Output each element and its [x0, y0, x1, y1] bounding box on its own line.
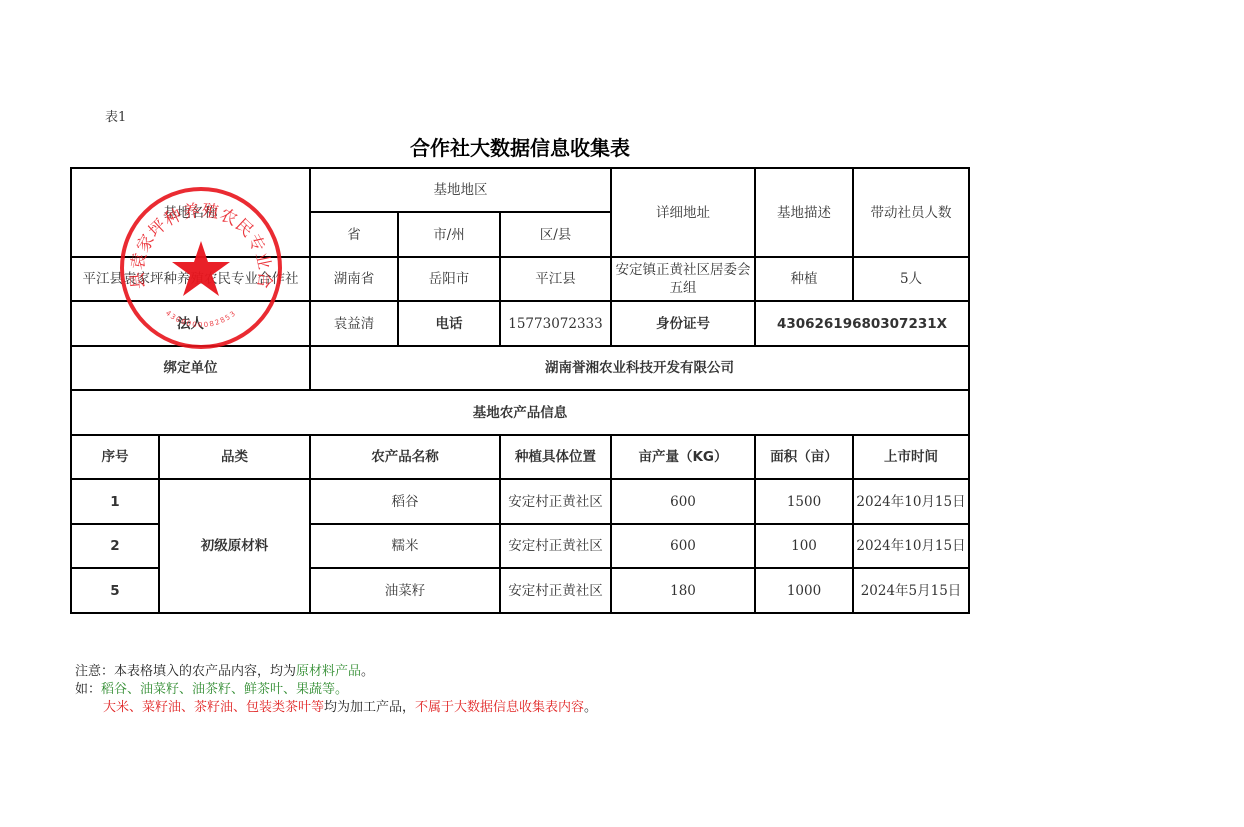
- id-value: 43062619680307231X: [755, 301, 969, 346]
- legal-label: 法人: [71, 301, 310, 346]
- col-header-area: 面积（亩）: [755, 435, 853, 479]
- city-value: 岳阳市: [398, 257, 500, 301]
- description-header: 基地描述: [755, 168, 853, 257]
- binding-value: 湖南誉湘农业科技开发有限公司: [310, 346, 969, 390]
- col-header-category: 品类: [159, 435, 310, 479]
- description-value: 种植: [755, 257, 853, 301]
- product-name: 油菜籽: [310, 568, 500, 613]
- product-no: 1: [71, 479, 159, 524]
- product-yield: 180: [611, 568, 755, 613]
- product-date: 2024年5月15日: [853, 568, 969, 613]
- col-header-name: 农产品名称: [310, 435, 500, 479]
- province-header: 省: [310, 212, 398, 257]
- product-date: 2024年10月15日: [853, 524, 969, 568]
- col-header-no: 序号: [71, 435, 159, 479]
- product-yield: 600: [611, 479, 755, 524]
- info-table: 基地名称 基地地区 详细地址 基地描述 带动社员人数 省 市/州 区/县 平江县…: [70, 167, 970, 614]
- base-name-header: 基地名称: [71, 168, 310, 257]
- col-header-date: 上市时间: [853, 435, 969, 479]
- address-value: 安定镇正黄社区居委会五组: [611, 257, 755, 301]
- id-label: 身份证号: [611, 301, 755, 346]
- col-header-yield: 亩产量（KG）: [611, 435, 755, 479]
- table-row: 1 初级原材料 稻谷 安定村正黄社区 600 1500 2024年10月15日: [71, 479, 969, 524]
- table-label: 表1: [105, 106, 126, 125]
- product-location: 安定村正黄社区: [500, 568, 611, 613]
- product-category: 初级原材料: [159, 479, 310, 613]
- product-location: 安定村正黄社区: [500, 524, 611, 568]
- members-header: 带动社员人数: [853, 168, 969, 257]
- product-location: 安定村正黄社区: [500, 479, 611, 524]
- region-header: 基地地区: [310, 168, 611, 212]
- members-value: 5人: [853, 257, 969, 301]
- products-section-title: 基地农产品信息: [71, 390, 969, 435]
- address-header: 详细地址: [611, 168, 755, 257]
- product-area: 1500: [755, 479, 853, 524]
- product-area: 100: [755, 524, 853, 568]
- city-header: 市/州: [398, 212, 500, 257]
- product-yield: 600: [611, 524, 755, 568]
- base-name-value: 平江县袁家坪种养殖农民专业合作社: [71, 257, 310, 301]
- legal-name: 袁益清: [310, 301, 398, 346]
- note-line-2: 如：稻谷、油菜籽、油茶籽、鲜茶叶、果蔬等。: [75, 681, 597, 699]
- product-no: 2: [71, 524, 159, 568]
- product-name: 稻谷: [310, 479, 500, 524]
- product-no: 5: [71, 568, 159, 613]
- notes: 注意：本表格填入的农产品内容，均为原材料产品。 如：稻谷、油菜籽、油茶籽、鲜茶叶…: [75, 663, 597, 717]
- product-area: 1000: [755, 568, 853, 613]
- note-line-1: 注意：本表格填入的农产品内容，均为原材料产品。: [75, 663, 597, 681]
- county-header: 区/县: [500, 212, 611, 257]
- phone-label: 电话: [398, 301, 500, 346]
- note-line-3: 大米、菜籽油、茶籽油、包装类茶叶等均为加工产品，不属于大数据信息收集表内容。: [75, 699, 597, 717]
- product-date: 2024年10月15日: [853, 479, 969, 524]
- province-value: 湖南省: [310, 257, 398, 301]
- binding-label: 绑定单位: [71, 346, 310, 390]
- county-value: 平江县: [500, 257, 611, 301]
- page-title: 合作社大数据信息收集表: [71, 132, 969, 161]
- product-name: 糯米: [310, 524, 500, 568]
- col-header-location: 种植具体位置: [500, 435, 611, 479]
- phone-value: 15773072333: [500, 301, 611, 346]
